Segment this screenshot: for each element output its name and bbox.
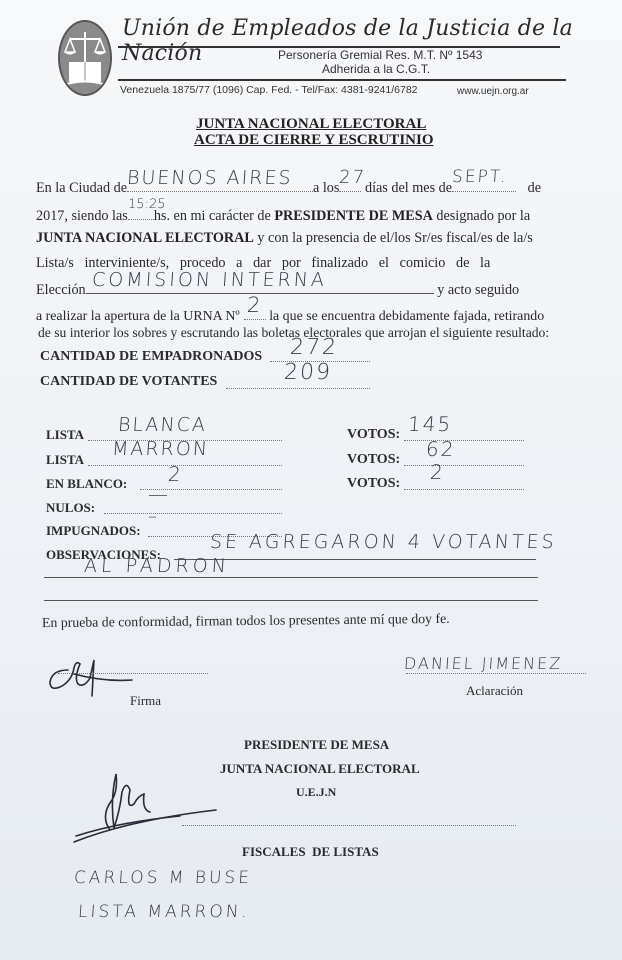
fiscal-name: CARLOS M BUSE xyxy=(73,868,252,888)
text: días del mes de xyxy=(365,180,452,196)
union-logo xyxy=(58,20,112,96)
scales-of-justice-book-icon xyxy=(60,22,110,94)
president-signature xyxy=(44,652,134,702)
month-value: SEPT. xyxy=(451,167,508,187)
votos-field xyxy=(404,450,524,466)
urna-field: 2 xyxy=(244,305,266,320)
lista-value: BLANCA xyxy=(117,414,207,436)
role-presidente: PRESIDENTE DE MESA xyxy=(244,737,389,753)
city-value: BUENOS AIRES xyxy=(126,167,293,189)
nulos-value: — xyxy=(147,482,171,506)
text: y con la presencia de el/los Sr/es fisca… xyxy=(257,230,532,246)
empadronados-label: CANTIDAD DE EMPADRONADOS xyxy=(40,349,262,365)
day-value: 27 xyxy=(339,167,367,188)
text-bold: PRESIDENTE DE MESA xyxy=(274,208,432,224)
lista-label: LISTA xyxy=(46,452,84,468)
text: hs. en mi carácter de xyxy=(154,208,271,224)
votos-field xyxy=(404,474,524,490)
body-line-1: En la Ciudad deBUENOS AIRESa los27 días … xyxy=(36,177,541,197)
observaciones-value-2: AL PADRON xyxy=(83,555,230,577)
body-line-6: a realizar la apertura de la URNA Nº2 la… xyxy=(36,305,544,325)
votos-label: VOTOS: xyxy=(347,427,400,443)
votos-value: 62 xyxy=(425,437,456,461)
text: a realizar la apertura de la URNA Nº xyxy=(36,309,240,324)
urna-value: 2 xyxy=(246,293,263,317)
aclaracion-line xyxy=(406,672,586,674)
hour-value: 15:25 xyxy=(127,197,166,212)
text: de xyxy=(528,180,541,196)
votos-label: VOTOS: xyxy=(347,476,400,492)
hour-field: 15:25 xyxy=(128,205,154,220)
role-uejn: U.E.J.N xyxy=(296,785,336,800)
fiscal-list: LISTA MARRON. xyxy=(77,902,250,922)
text: designado por la xyxy=(436,208,530,224)
en-blanco-label: EN BLANCO: xyxy=(46,476,127,492)
body-line-2: 2017, siendo las15:25hs. en mi carácter … xyxy=(36,205,530,225)
impugnados-label: IMPUGNADOS: xyxy=(46,523,141,539)
empadronados-value: 272 xyxy=(289,335,339,360)
text-bold: JUNTA NACIONAL ELECTORAL xyxy=(36,230,254,246)
fiscales-label: FISCALES DE LISTAS xyxy=(242,844,379,860)
text: En la Ciudad de xyxy=(36,180,127,196)
impugnados-value: – xyxy=(147,506,159,527)
fiscal-signature xyxy=(70,770,220,850)
aclaracion-value: DANIEL JIMENEZ xyxy=(403,654,563,673)
document-subtitle: ACTA DE CIERRE Y ESCRUTINIO xyxy=(194,132,434,149)
nulos-field xyxy=(104,498,282,514)
lista-label: LISTA xyxy=(46,427,84,443)
votos-value: 145 xyxy=(407,412,453,436)
personeria-gremial: Personería Gremial Res. M.T. Nº 1543 xyxy=(278,48,482,62)
election-field: COMISION INTERNA xyxy=(86,279,434,294)
votos-label: VOTOS: xyxy=(347,452,400,468)
text: 2017, siendo las xyxy=(36,208,128,224)
closing-statement: En prueba de conformidad, firman todos l… xyxy=(42,611,450,631)
address: Venezuela 1875/77 (1096) Cap. Fed. - Tel… xyxy=(120,84,418,96)
nulos-label: NULOS: xyxy=(46,500,95,516)
aclaracion-label: Aclaración xyxy=(466,683,523,699)
text: la que se encuentra debidamente fajada, … xyxy=(269,309,544,324)
firma-line xyxy=(58,672,208,674)
text: y acto seguido xyxy=(437,282,519,298)
header-divider-2 xyxy=(118,79,566,81)
lista-value: MARRON xyxy=(111,438,210,460)
firma-label: Firma xyxy=(130,693,161,709)
month-field: SEPT. xyxy=(452,177,516,192)
votantes-value: 209 xyxy=(283,360,333,385)
votantes-label: CANTIDAD DE VOTANTES xyxy=(40,374,217,390)
body-line-3: JUNTA NACIONAL ELECTORAL y con la presen… xyxy=(36,230,533,247)
day-field: 27 xyxy=(339,177,361,192)
website: www.uejn.org.ar xyxy=(457,86,529,97)
fiscales-signature-line xyxy=(182,824,516,826)
votos-value: 2 xyxy=(429,460,445,484)
observaciones-value-1: SE AGREGARON 4 VOTANTES xyxy=(209,531,557,553)
adherida-cgt: Adherida a la C.G.T. xyxy=(322,62,430,76)
body-line-5: ElecciónCOMISION INTERNA y acto seguido xyxy=(36,279,519,299)
text: a los xyxy=(313,180,339,196)
role-junta: JUNTA NACIONAL ELECTORAL xyxy=(220,761,420,777)
election-value: COMISION INTERNA xyxy=(91,269,327,291)
document-title: JUNTA NACIONAL ELECTORAL xyxy=(196,116,426,133)
observaciones-line-3 xyxy=(44,586,538,601)
text: Elección xyxy=(36,282,86,298)
city-field: BUENOS AIRES xyxy=(127,177,313,192)
